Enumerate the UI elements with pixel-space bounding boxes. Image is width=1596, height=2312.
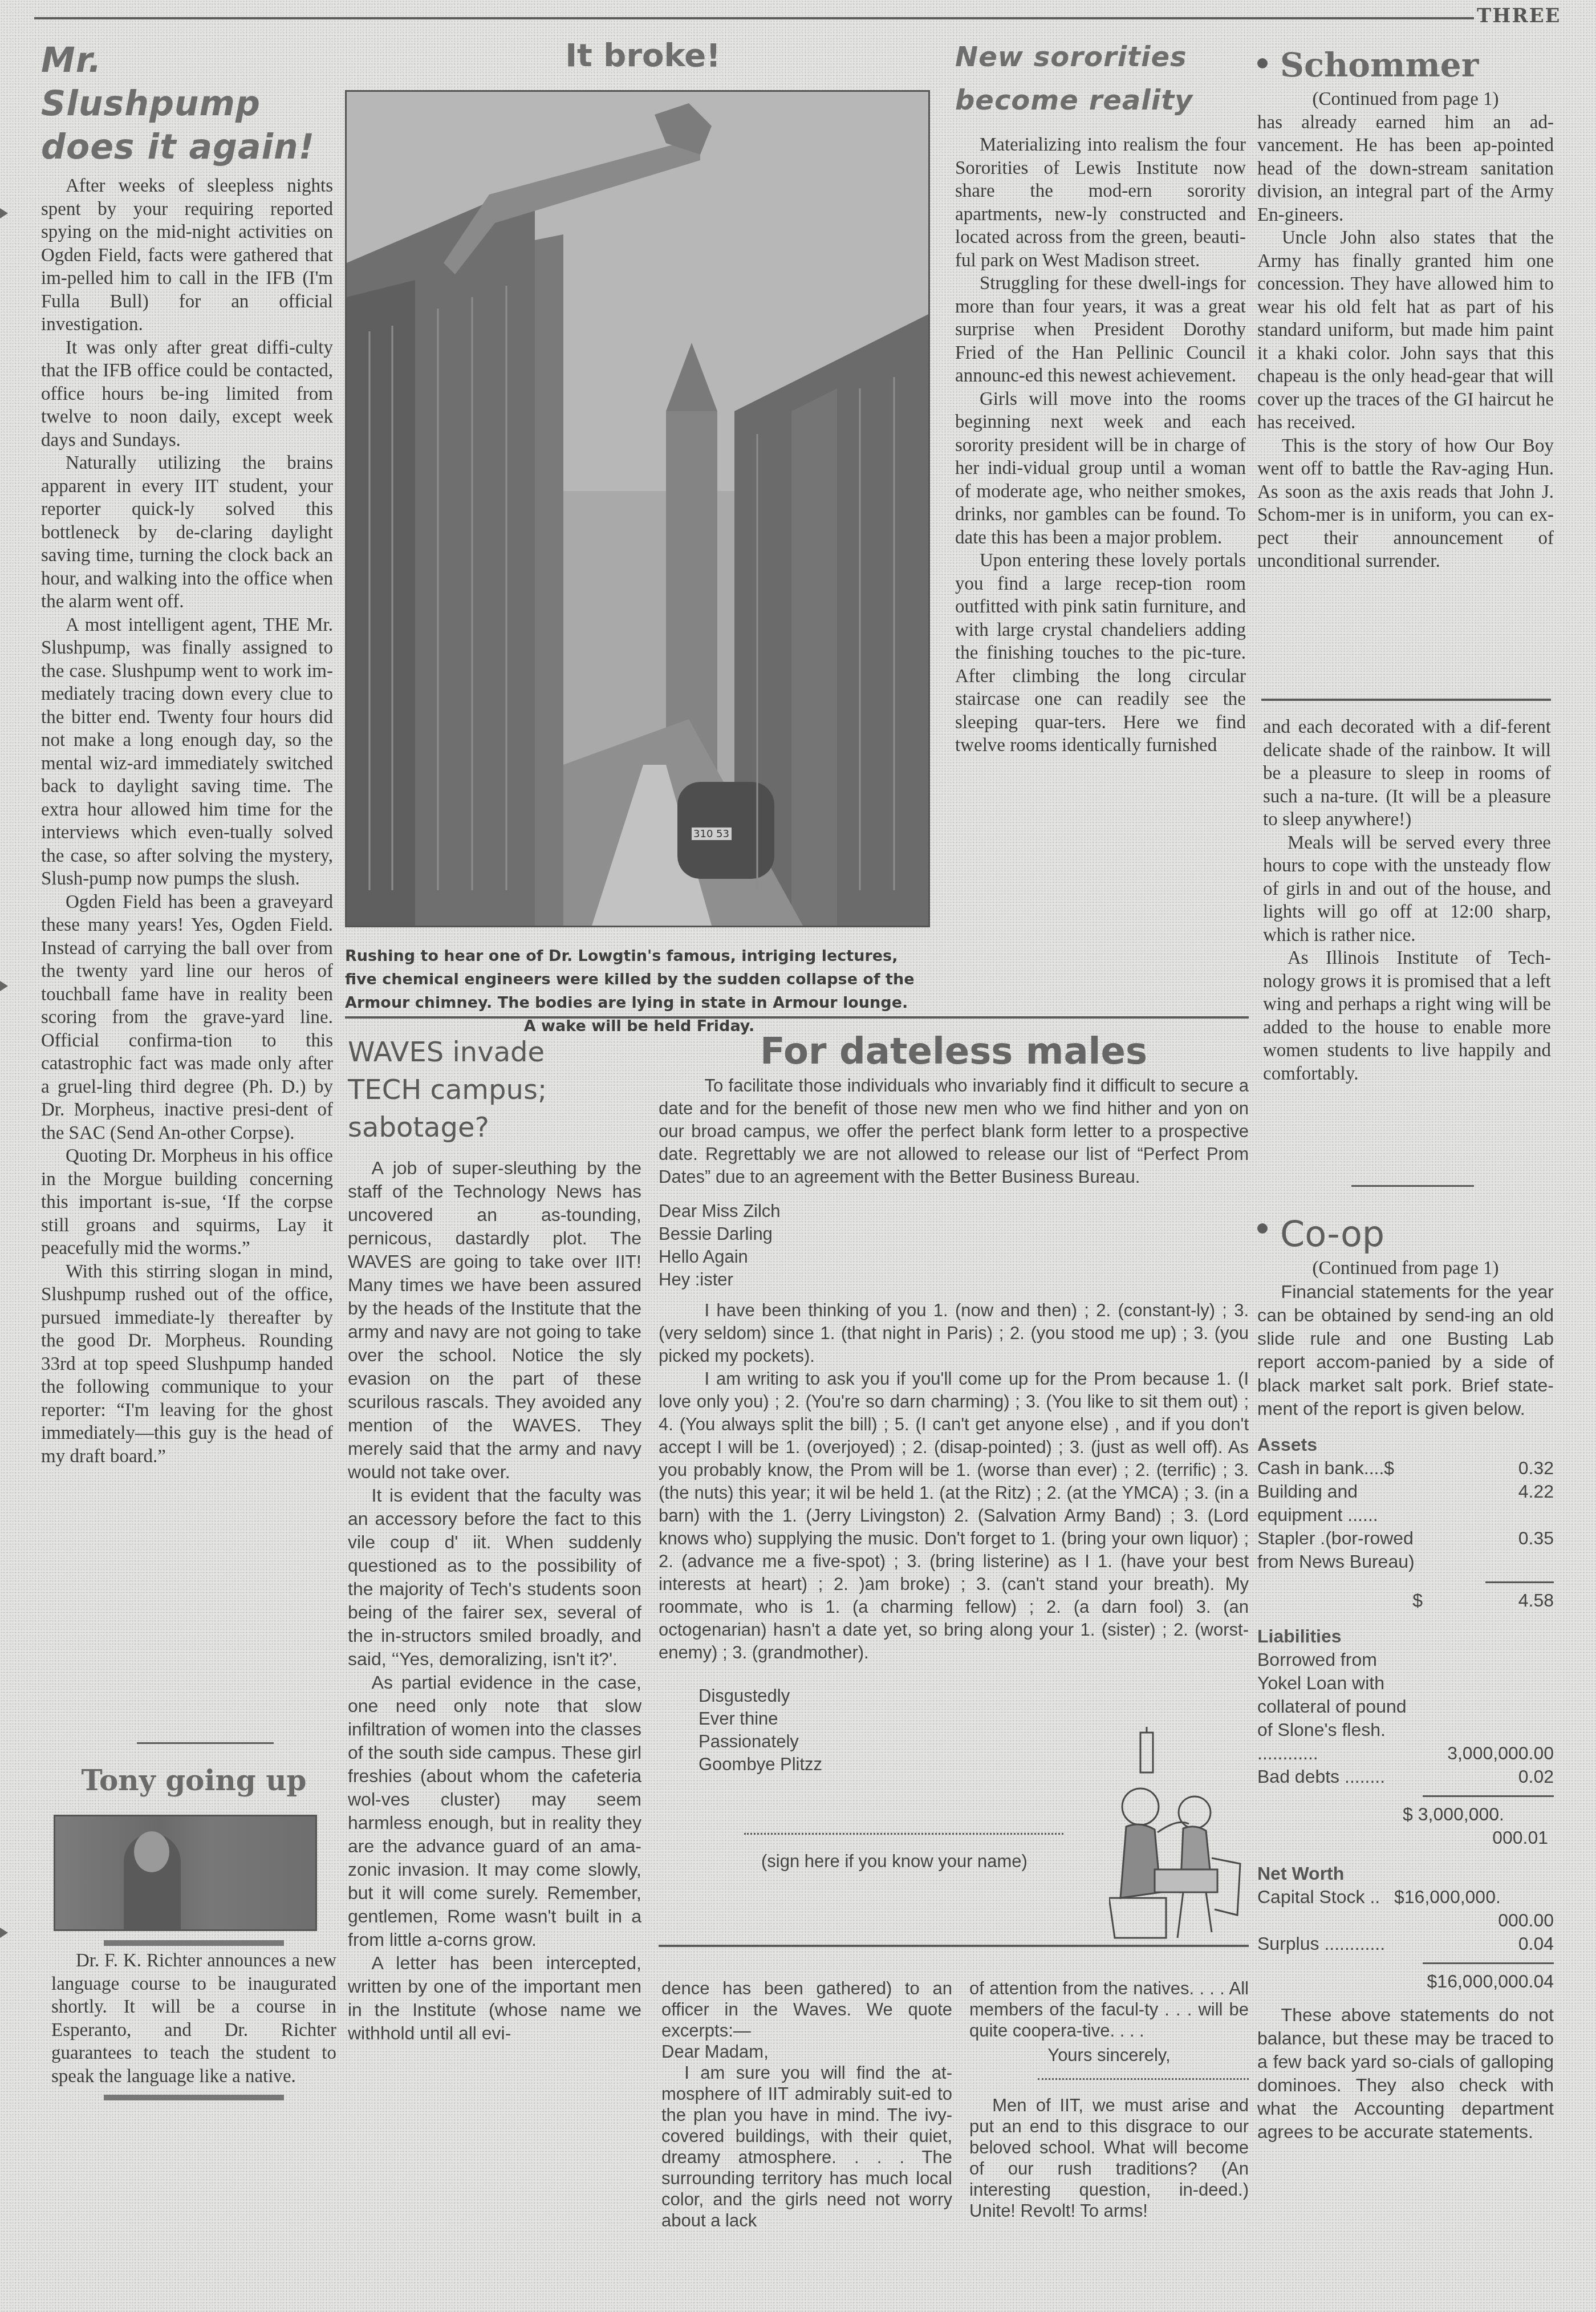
paragraph: It is evident that the faculty was an ac… bbox=[348, 1484, 641, 1671]
waves-continuation-col1: dence has been gathered) to an officer i… bbox=[661, 1978, 952, 2231]
headline-waves: WAVES invade TECH campus; sabotage? bbox=[348, 1033, 641, 1146]
headline-line: become reality bbox=[955, 79, 1246, 122]
assets-heading: Assets bbox=[1257, 1433, 1554, 1457]
liability-value: 0.02 bbox=[1423, 1765, 1554, 1788]
paragraph: A letter has been intercepted, written b… bbox=[348, 1952, 641, 2045]
headline-line: New sororities bbox=[955, 35, 1246, 79]
paragraph: A most intelligent agent, THE Mr. Slushp… bbox=[41, 614, 333, 891]
liabilities-total: $ 3,000,000. 000.01 bbox=[1257, 1803, 1554, 1849]
liability-row: Bad debts ........0.02 bbox=[1257, 1765, 1554, 1788]
chimney-photo: 310 53 bbox=[345, 90, 930, 927]
sign-off: Yours sincerely, bbox=[969, 2045, 1249, 2066]
headline-line: TECH campus; bbox=[348, 1071, 641, 1109]
section-divider bbox=[659, 1945, 1249, 1947]
bullet-icon bbox=[1257, 58, 1268, 68]
net-worth-value: 0.04 bbox=[1423, 1932, 1554, 1956]
schommer-continued: (Continued from page 1) bbox=[1257, 88, 1554, 111]
tony-body: Dr. F. K. Richter announces a new langua… bbox=[51, 1949, 336, 2088]
schommer-body: has already earned him an ad-vancement. … bbox=[1257, 111, 1554, 573]
paragraph: Naturally utilizing the brains apparent … bbox=[41, 452, 333, 614]
salutation-options: Dear Miss Zilch Bessie Darling Hello Aga… bbox=[659, 1200, 1249, 1291]
assets-total-row: $4.58 bbox=[1257, 1589, 1554, 1612]
salutation-option: Bessie Darling bbox=[659, 1223, 1249, 1246]
chimney-photo-illustration: 310 53 bbox=[347, 92, 928, 926]
paragraph: These above statements do not balance, b… bbox=[1257, 2003, 1554, 2144]
paragraph: A job of super-sleuthing by the staff of… bbox=[348, 1157, 641, 1484]
headline-sororities: New sororities become reality bbox=[955, 35, 1246, 122]
bottom-bar bbox=[104, 2095, 284, 2100]
section-divider bbox=[137, 1742, 274, 1744]
headline-schommer: Schommer bbox=[1257, 44, 1554, 86]
margin-mark bbox=[0, 1928, 8, 1938]
salutation-option: Hey :ister bbox=[659, 1268, 1249, 1291]
headline-line: Mr. Slushpump bbox=[41, 39, 333, 125]
liability-value: 3,000,000.00 bbox=[1423, 1742, 1554, 1765]
waves-body: A job of super-sleuthing by the staff of… bbox=[348, 1157, 641, 2045]
paragraph: Upon entering these lovely portals you f… bbox=[955, 549, 1246, 757]
dateless-intro: To facilitate those individuals who inva… bbox=[659, 1074, 1249, 1189]
paragraph: has already earned him an ad-vancement. … bbox=[1257, 111, 1554, 227]
headline-slushpump: Mr. Slushpump does it again! bbox=[41, 39, 333, 169]
net-worth-heading: Net Worth bbox=[1257, 1862, 1554, 1885]
headline-coop: Co-op bbox=[1257, 1214, 1554, 1255]
article-it-broke: It broke! 310 53 bbox=[345, 39, 941, 1038]
asset-label: Cash in bank....$ bbox=[1257, 1457, 1423, 1480]
page-number: THREE bbox=[1477, 5, 1561, 27]
liability-label: Borrowed from Yokel Loan with collateral… bbox=[1257, 1648, 1423, 1765]
headline-line: WAVES invade bbox=[348, 1033, 641, 1071]
net-worth-value: $16,000,000. bbox=[1394, 1885, 1554, 1909]
headline-line: sabotage? bbox=[348, 1109, 641, 1146]
paragraph: dence has been gathered) to an officer i… bbox=[661, 1978, 952, 2041]
section-divider bbox=[1351, 1185, 1474, 1187]
sororities-continuation: and each decorated with a dif-ferent del… bbox=[1263, 716, 1551, 1085]
waves-continuation-col2: of attention from the natives. . . . All… bbox=[969, 1978, 1249, 2221]
net-worth-label: Capital Stock .. bbox=[1257, 1885, 1394, 1909]
sum-line bbox=[1485, 1581, 1554, 1583]
headline-dateless: For dateless males bbox=[659, 1031, 1249, 1072]
photo-bar bbox=[104, 1940, 284, 1946]
asset-value: 0.32 bbox=[1423, 1457, 1554, 1480]
top-rule bbox=[34, 17, 1474, 19]
headline-tony: Tony going up bbox=[51, 1762, 336, 1799]
paragraph: Financial statements for the year can be… bbox=[1257, 1280, 1554, 1421]
paragraph: I am writing to ask you if you'll come u… bbox=[659, 1368, 1249, 1664]
headline-it-broke: It broke! bbox=[345, 39, 941, 73]
headline-line: does it again! bbox=[41, 125, 333, 169]
paragraph: Meals will be served every three hours t… bbox=[1263, 831, 1551, 947]
paragraph: and each decorated with a dif-ferent del… bbox=[1263, 716, 1551, 831]
paragraph: Girls will move into the rooms beginning… bbox=[955, 388, 1246, 550]
article-sororities: New sororities become reality Materializ… bbox=[955, 35, 1246, 757]
caption-line: five chemical engineers were killed by t… bbox=[345, 968, 933, 991]
paragraph: Quoting Dr. Morpheus in his office in th… bbox=[41, 1145, 333, 1260]
paragraph: Dr. F. K. Richter announces a new langua… bbox=[51, 1949, 336, 2088]
liability-label: Bad debts ........ bbox=[1257, 1765, 1423, 1788]
coop-closing: These above statements do not balance, b… bbox=[1257, 2003, 1554, 2144]
paragraph: This is the story of how Our Boy went of… bbox=[1257, 435, 1554, 573]
portrait-head bbox=[134, 1831, 169, 1872]
salutation-option: Hello Again bbox=[659, 1246, 1249, 1268]
headline-text: Co-op bbox=[1280, 1213, 1384, 1255]
paragraph: Materializing into realism the four Soro… bbox=[955, 133, 1246, 272]
asset-label: Stapler .(bor-rowed from News Bureau) bbox=[1257, 1527, 1423, 1573]
article-tony: Tony going up Dr. F. K. Richter announce… bbox=[51, 1762, 336, 2100]
coop-continued: (Continued from page 1) bbox=[1257, 1257, 1554, 1280]
liabilities-total-line: 000.01 bbox=[1403, 1826, 1554, 1849]
net-worth-row: Surplus ............0.04 bbox=[1257, 1932, 1554, 1956]
margin-mark bbox=[0, 208, 8, 218]
signature-line[interactable] bbox=[744, 1833, 1063, 1835]
paragraph: I have been thinking of you 1. (now and … bbox=[659, 1299, 1249, 1368]
net-worth-row: Capital Stock ..$16,000,000. bbox=[1257, 1885, 1554, 1909]
signature-dotted-line bbox=[1038, 2078, 1249, 2080]
headline-text: Schommer bbox=[1280, 46, 1479, 84]
caption-line: Armour chimney. The bodies are lying in … bbox=[345, 991, 933, 1015]
paragraph: After weeks of sleepless nights spent by… bbox=[41, 175, 333, 336]
article-dateless: For dateless males To facilitate those i… bbox=[659, 1031, 1249, 1873]
liabilities-total-line: $ 3,000,000. bbox=[1403, 1803, 1554, 1826]
asset-value: 0.35 bbox=[1423, 1527, 1554, 1550]
salutation-option: Dear Miss Zilch bbox=[659, 1200, 1249, 1223]
paragraph: As Illinois Institute of Tech-nology gro… bbox=[1263, 947, 1551, 1085]
article-waves: WAVES invade TECH campus; sabotage? A jo… bbox=[348, 1033, 641, 2045]
assets-total: 4.58 bbox=[1445, 1589, 1554, 1612]
paragraph: Dear Madam, bbox=[661, 2041, 952, 2062]
closing-option: Disgustedly bbox=[698, 1685, 1249, 1707]
net-worth-total: $16,000,000.04 bbox=[1257, 1970, 1554, 1993]
paragraph: Ogden Field has been a graveyard these m… bbox=[41, 891, 333, 1145]
letter-body: I have been thinking of you 1. (now and … bbox=[659, 1299, 1249, 1664]
photo-caption: Rushing to hear one of Dr. Lowgtin's fam… bbox=[345, 944, 933, 1038]
paragraph: It was only after great diffi-culty that… bbox=[41, 336, 333, 452]
paragraph: As partial evidence in the case, one nee… bbox=[348, 1671, 641, 1952]
net-worth-value-cont: 000.00 bbox=[1257, 1909, 1554, 1932]
sum-line bbox=[1423, 1962, 1554, 1964]
net-worth-label: Surplus ............ bbox=[1257, 1932, 1423, 1956]
asset-value: 4.22 bbox=[1423, 1480, 1554, 1503]
margin-mark bbox=[0, 981, 8, 991]
section-divider bbox=[1261, 699, 1551, 701]
paragraph: Uncle John also states that the Army has… bbox=[1257, 226, 1554, 435]
coop-intro: Financial statements for the year can be… bbox=[1257, 1280, 1554, 1421]
license-plate: 310 53 bbox=[693, 828, 729, 840]
paragraph: I am sure you will find the at-mosphere … bbox=[661, 2062, 952, 2231]
sororities-body: Materializing into realism the four Soro… bbox=[955, 133, 1246, 757]
asset-row: Stapler .(bor-rowed from News Bureau)0.3… bbox=[1257, 1527, 1554, 1573]
caption-line: Rushing to hear one of Dr. Lowgtin's fam… bbox=[345, 944, 933, 968]
paragraph: Men of IIT, we must arise and put an end… bbox=[969, 2095, 1249, 2221]
bullet-icon bbox=[1257, 1223, 1268, 1234]
section-divider bbox=[345, 1016, 1249, 1019]
paragraph: With this stirring slogan in mind, Slush… bbox=[41, 1260, 333, 1469]
paragraph: Struggling for these dwell-ings for more… bbox=[955, 272, 1246, 388]
article-coop: Co-op (Continued from page 1) Financial … bbox=[1257, 1214, 1554, 2144]
article-slushpump: Mr. Slushpump does it again! After weeks… bbox=[41, 39, 333, 1468]
liabilities-heading: Liabilities bbox=[1257, 1625, 1554, 1648]
asset-row: Cash in bank....$0.32 bbox=[1257, 1457, 1554, 1480]
paragraph: of attention from the natives. . . . All… bbox=[969, 1978, 1249, 2041]
slushpump-body: After weeks of sleepless nights spent by… bbox=[41, 175, 333, 1468]
article-schommer: Schommer (Continued from page 1) has alr… bbox=[1257, 44, 1554, 573]
total-symbol: $ bbox=[1257, 1589, 1445, 1612]
financial-statement: Assets Cash in bank....$0.32 Building an… bbox=[1257, 1433, 1554, 1993]
asset-label: Building and equipment ...... bbox=[1257, 1480, 1423, 1527]
paragraph: To facilitate those individuals who inva… bbox=[659, 1074, 1249, 1189]
asset-row: Building and equipment ......4.22 bbox=[1257, 1480, 1554, 1527]
cartoon-couple-illustration bbox=[1109, 1727, 1246, 1944]
sum-line bbox=[1423, 1795, 1554, 1797]
liability-row: Borrowed from Yokel Loan with collateral… bbox=[1257, 1648, 1554, 1765]
portrait-photo bbox=[54, 1815, 317, 1931]
